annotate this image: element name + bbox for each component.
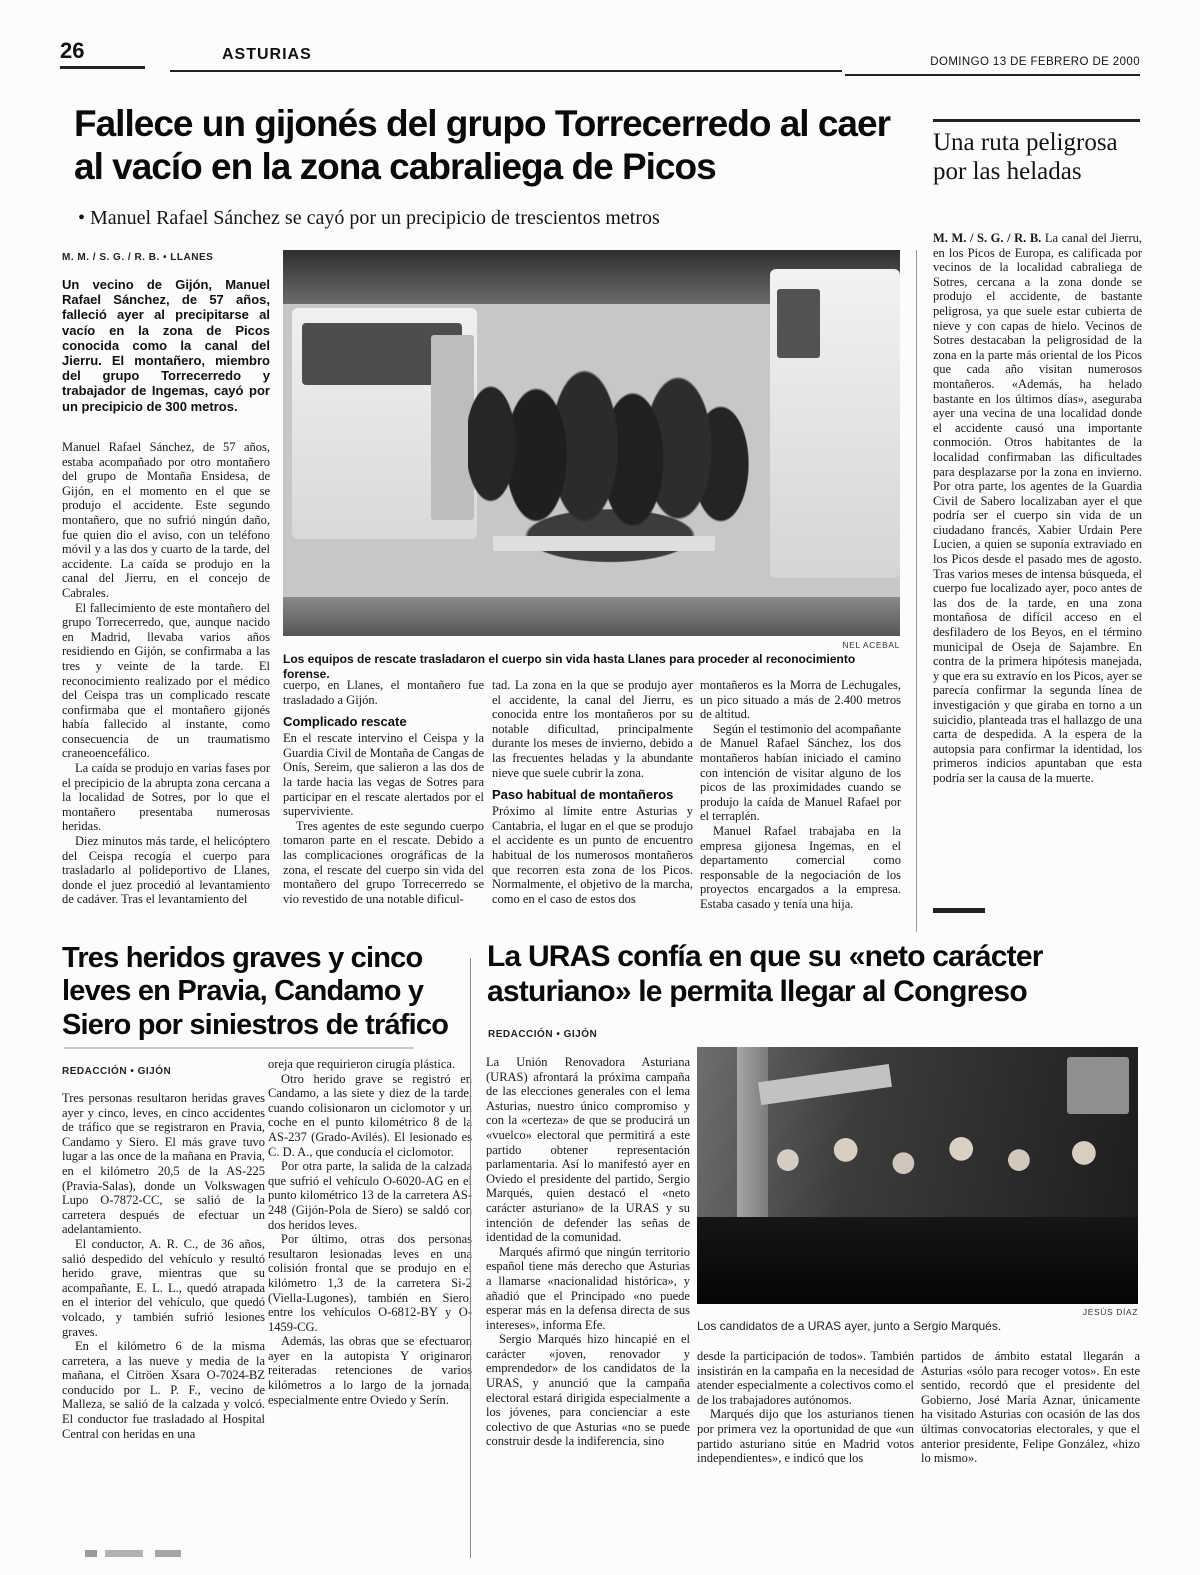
rescue-photo xyxy=(283,250,900,636)
paragraph: desde la participación de todos». Tambié… xyxy=(697,1349,914,1407)
main-subhead: • Manuel Rafael Sánchez se cayó por un p… xyxy=(78,207,893,230)
paragraph: Marqués afirmó que ningún territorio esp… xyxy=(486,1245,690,1333)
traffic-byline: REDACCIÓN • GIJÓN xyxy=(62,1066,171,1077)
paragraph: Otro herido grave se registró en Candamo… xyxy=(268,1072,472,1160)
page-number: 26 xyxy=(60,38,84,64)
main-headline: Fallece un gijonés del grupo Torrecerred… xyxy=(74,103,919,189)
page-date: DOMINGO 13 DE FEBRERO DE 2000 xyxy=(840,56,1140,68)
sidebar-headline: Una ruta peligrosa por las heladas xyxy=(933,128,1145,187)
main-column-3: tad. La zona en la que se produjo ayer e… xyxy=(492,678,693,906)
newspaper-page: 26 ASTURIAS DOMINGO 13 DE FEBRERO DE 200… xyxy=(0,0,1200,1575)
paragraph: Además, las obras que se efectuaron ayer… xyxy=(268,1334,472,1407)
paragraph: La caída se produjo en varias fases por … xyxy=(62,761,270,834)
header-rule-left xyxy=(170,70,842,72)
traffic-column-1: Tres personas resultaron heridas graves … xyxy=(62,1091,265,1441)
page-number-rule xyxy=(60,66,145,69)
paragraph: Diez minutos más tarde, el helicóptero d… xyxy=(62,834,270,907)
photo-rescue-team-figures xyxy=(468,343,752,567)
inline-subhead: Paso habitual de montañeros xyxy=(492,787,693,802)
sidebar-divider-rule xyxy=(916,250,917,932)
paragraph: Según el testimonio del acompañante de M… xyxy=(700,722,901,824)
paragraph: El fallecimiento de este montañero del g… xyxy=(62,601,270,762)
main-photo-credit: NEL ACEBAL xyxy=(283,640,900,650)
paragraph: Por último, otras dos personas resultaro… xyxy=(268,1232,472,1334)
main-column-2: cuerpo, en Llanes, el montañero fue tras… xyxy=(283,678,484,906)
main-byline: M. M. / S. G. / R. B. • LLANES xyxy=(62,252,213,263)
sidebar-body-column: M. M. / S. G. / R. B. La canal del Jierr… xyxy=(933,231,1142,786)
paragraph: Sergio Marqués hizo hincapié en el carác… xyxy=(486,1332,690,1449)
uras-byline: REDACCIÓN • GIJÓN xyxy=(488,1029,597,1040)
photo-dark-suits xyxy=(697,1217,1138,1304)
inline-subhead: Complicado rescate xyxy=(283,714,484,729)
paragraph: En el kilómetro 6 de la misma carretera,… xyxy=(62,1339,265,1441)
uras-photo-credit: JESÚS DÍAZ xyxy=(697,1307,1138,1317)
uras-candidates-photo xyxy=(697,1047,1138,1304)
main-lead: Un vecino de Gijón, Manuel Rafael Sánche… xyxy=(62,277,270,414)
sidebar-byline-runin: M. M. / S. G. / R. B. xyxy=(933,231,1045,245)
main-column-4: montañeros es la Morra de Lechugales, un… xyxy=(700,678,901,912)
paragraph: Por otra parte, la salida de la calzada … xyxy=(268,1159,472,1232)
sidebar-end-rule xyxy=(933,908,985,913)
traffic-headline-rule xyxy=(64,1047,414,1049)
paragraph: partidos de ámbito estatal llegarán a As… xyxy=(921,1349,1140,1466)
paragraph: tad. La zona en la que se produjo ayer e… xyxy=(492,678,693,780)
paragraph: Tres agentes de este segundo cuerpo toma… xyxy=(283,819,484,907)
paragraph: Manuel Rafael trabajaba en la empresa gi… xyxy=(700,824,901,912)
bottom-articles-divider-rule xyxy=(470,958,471,1558)
paragraph: Próximo al límite entre Asturias y Canta… xyxy=(492,804,693,906)
section-title: ASTURIAS xyxy=(222,46,312,64)
traffic-headline: Tres heridos graves y cinco leves en Pra… xyxy=(62,942,482,1042)
uras-column-2: desde la participación de todos». Tambié… xyxy=(697,1349,914,1466)
paragraph: La Unión Renovadora Asturiana (URAS) afr… xyxy=(486,1055,690,1245)
photo-pavement xyxy=(283,597,900,636)
photo-candidate-faces xyxy=(759,1104,1121,1207)
sidebar-top-rule xyxy=(933,119,1140,122)
paragraph: Marqués dijo que los asturianos tienen p… xyxy=(697,1407,914,1465)
paragraph: El conductor, A. R. C., de 36 años, sali… xyxy=(62,1237,265,1339)
sidebar-body-text: La canal del Jierru, en los Picos de Eur… xyxy=(933,231,1142,785)
uras-column-3: partidos de ámbito estatal llegarán a As… xyxy=(921,1349,1140,1466)
photo-stretcher xyxy=(493,536,715,551)
sidebar-body: M. M. / S. G. / R. B. La canal del Jierr… xyxy=(933,231,1142,786)
photo-ambulance-right-window xyxy=(777,289,820,358)
paragraph: montañeros es la Morra de Lechugales, un… xyxy=(700,678,901,722)
uras-headline: La URAS confía en que su «neto carácter … xyxy=(487,940,1147,1009)
paragraph: Tres personas resultaron heridas graves … xyxy=(62,1091,265,1237)
paragraph: Manuel Rafael Sánchez, de 57 años, estab… xyxy=(62,440,270,601)
header-rule-right xyxy=(845,74,1140,76)
uras-photo-caption: Los candidatos de a URAS ayer, junto a S… xyxy=(697,1319,1142,1334)
paragraph: oreja que requirieron cirugía plástica. xyxy=(268,1057,472,1072)
traffic-column-2: oreja que requirieron cirugía plástica. … xyxy=(268,1057,472,1407)
paragraph: En el rescate intervino el Ceispa y la G… xyxy=(283,731,484,819)
main-column-1: Manuel Rafael Sánchez, de 57 años, estab… xyxy=(62,440,270,907)
uras-column-1: La Unión Renovadora Asturiana (URAS) afr… xyxy=(486,1055,690,1449)
print-registration-marks xyxy=(85,1550,215,1557)
paragraph: cuerpo, en Llanes, el montañero fue tras… xyxy=(283,678,484,707)
